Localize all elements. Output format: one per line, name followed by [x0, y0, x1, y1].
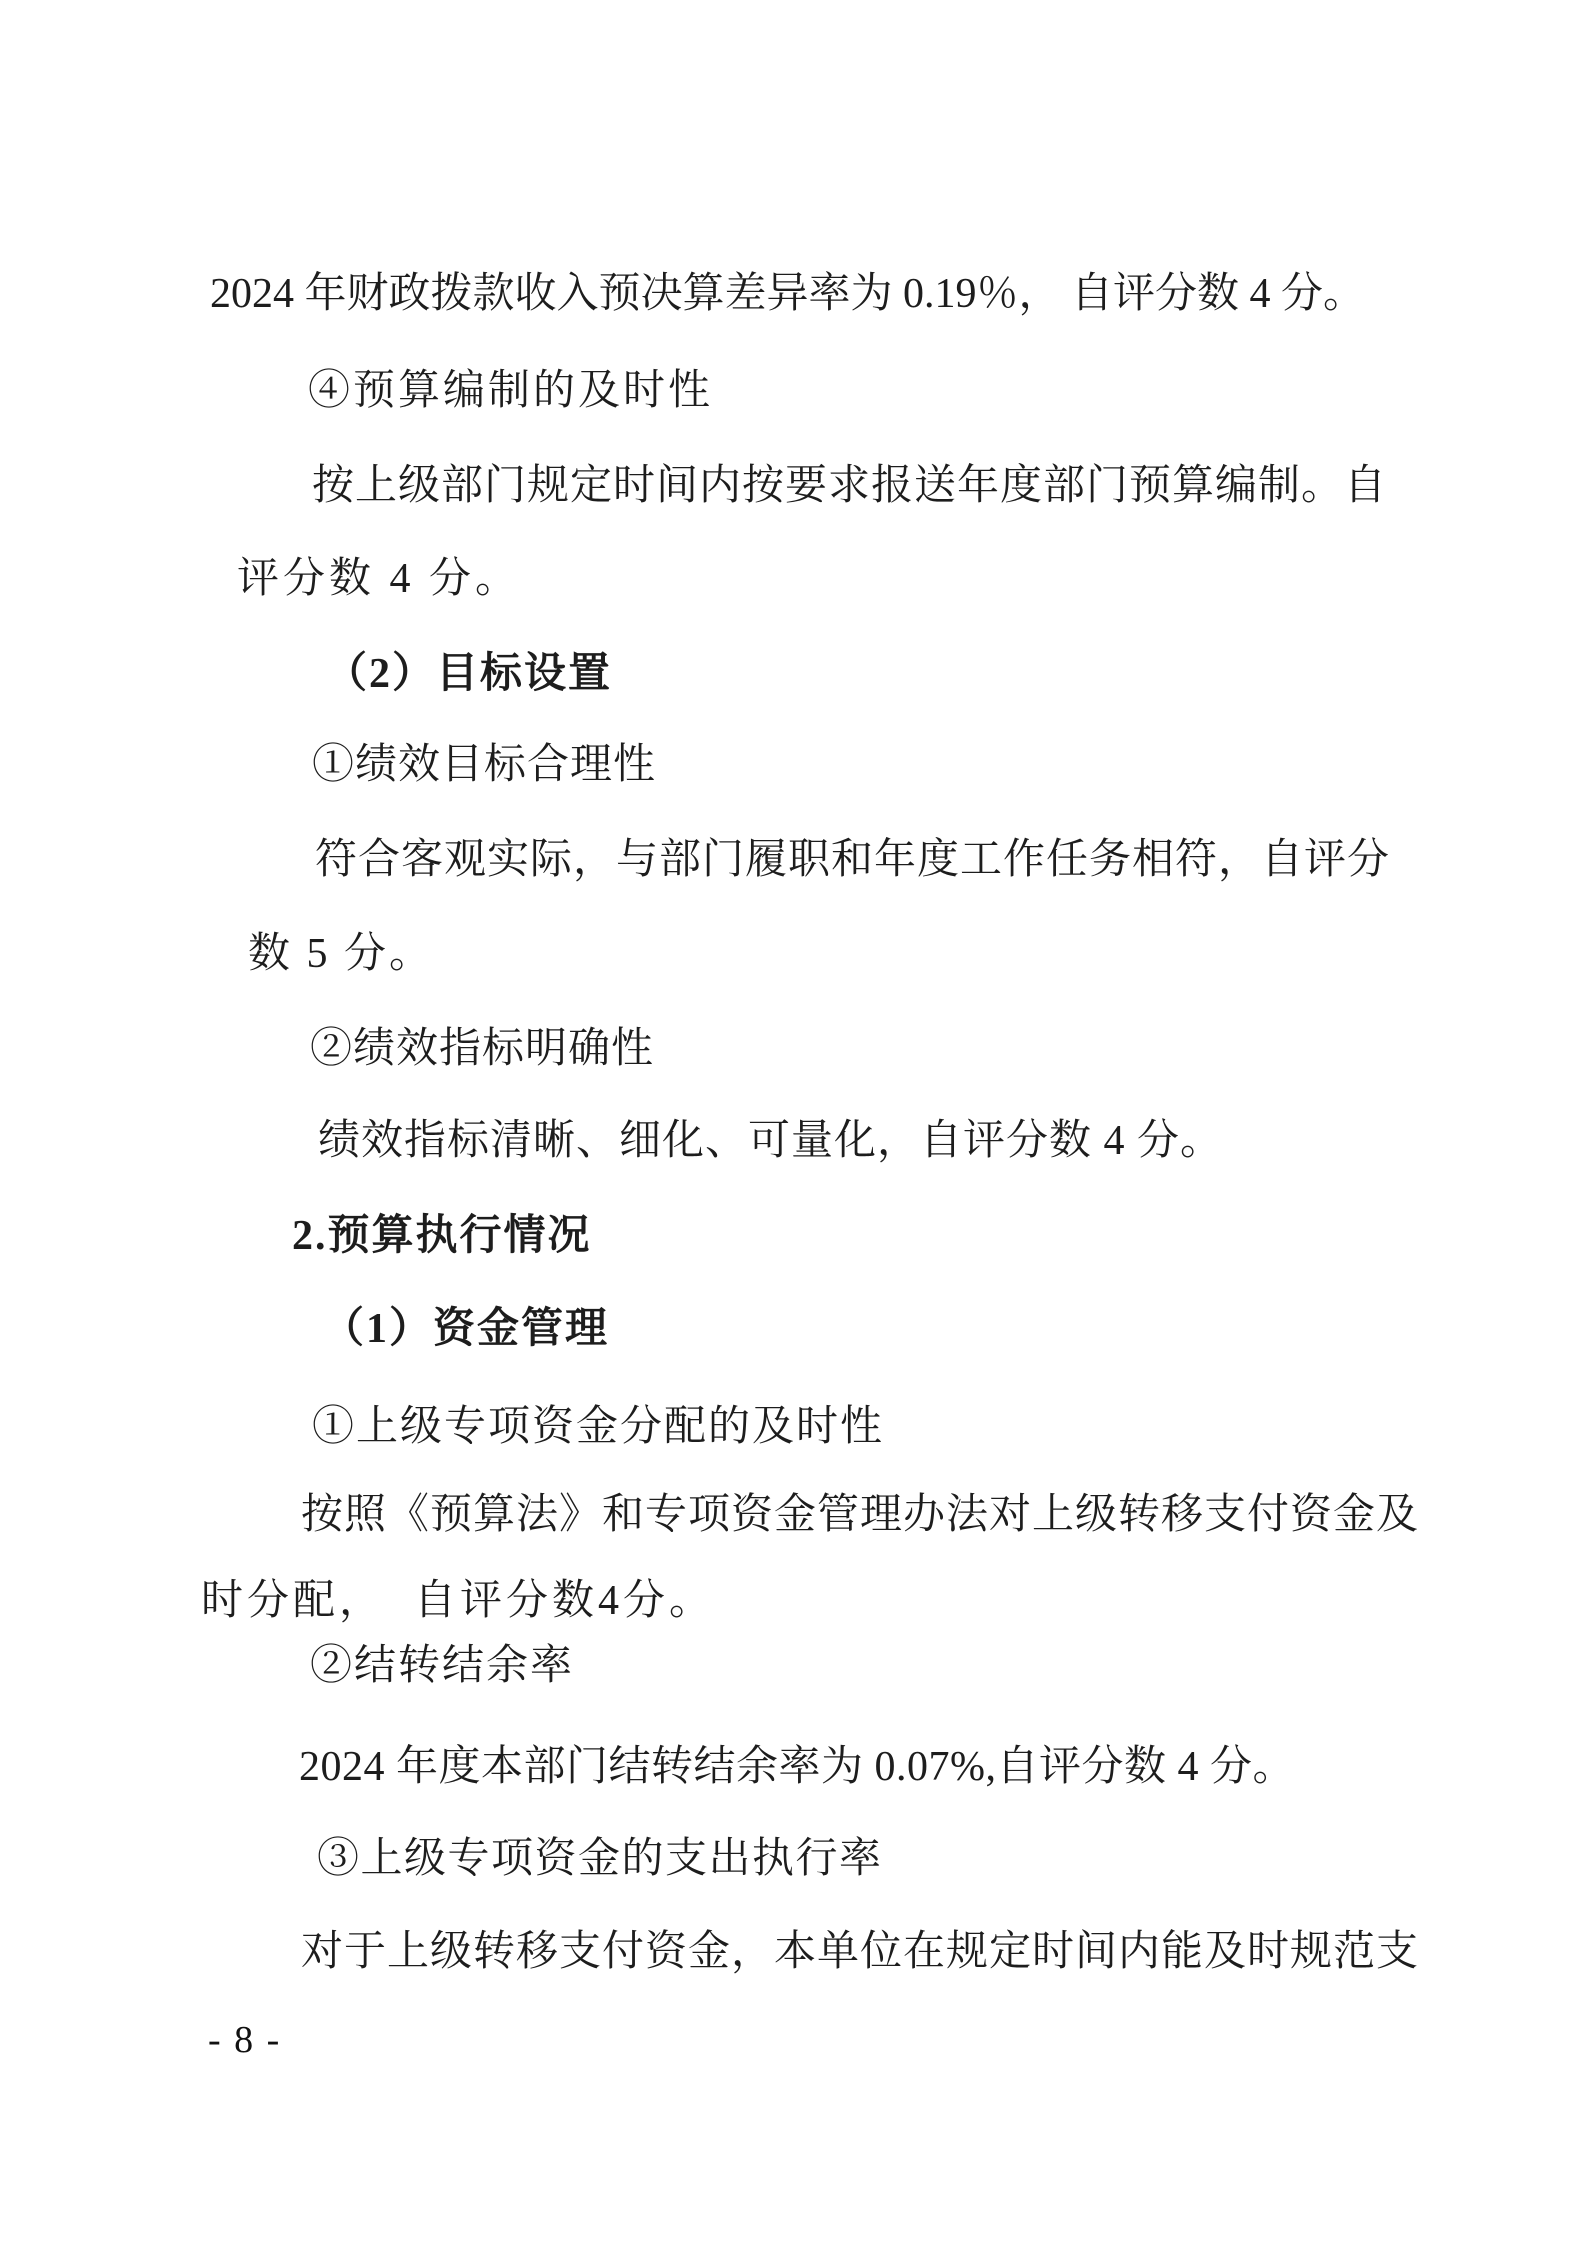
document-page: 2024 年财政拨款收入预决算差异率为 0.19％， 自评分数 4 分。 ④预算…	[0, 0, 1587, 2245]
text-line: ①绩效目标合理性	[312, 736, 656, 794]
section-heading: （2）目标设置	[325, 645, 612, 703]
text-line: 数 5 分。	[248, 925, 434, 983]
text-line: 评分数 4 分。	[237, 550, 521, 608]
text-line: 按上级部门规定时间内按要求报送年度部门预算编制。自	[312, 457, 1387, 515]
text-line: 2024 年财政拨款收入预决算差异率为 0.19％， 自评分数 4 分。	[210, 265, 1365, 323]
section-heading: 2.预算执行情况	[292, 1207, 592, 1265]
text-line: 符合客观实际，与部门履职和年度工作任务相符，自评分	[315, 831, 1390, 889]
text-line: ②绩效指标明确性	[310, 1020, 654, 1078]
text-line: 时分配， 自评分数4分。	[201, 1572, 715, 1630]
text-line: 绩效指标清晰、细化、可量化，自评分数 4 分。	[318, 1112, 1223, 1170]
text-line: ②结转结余率	[310, 1637, 574, 1695]
page-number: - 8 -	[208, 2016, 281, 2064]
text-line: 对于上级转移支付资金，本单位在规定时间内能及时规范支	[301, 1923, 1419, 1981]
text-line: ④预算编制的及时性	[308, 362, 713, 420]
text-line: 2024 年度本部门结转结余率为 0.07%,自评分数 4 分。	[299, 1738, 1295, 1796]
text-line: 按照《预算法》和专项资金管理办法对上级转移支付资金及	[301, 1486, 1419, 1544]
section-heading: （1）资金管理	[322, 1300, 609, 1358]
text-line: ①上级专项资金分配的及时性	[312, 1398, 884, 1456]
text-line: ③上级专项资金的支出执行率	[317, 1830, 883, 1888]
